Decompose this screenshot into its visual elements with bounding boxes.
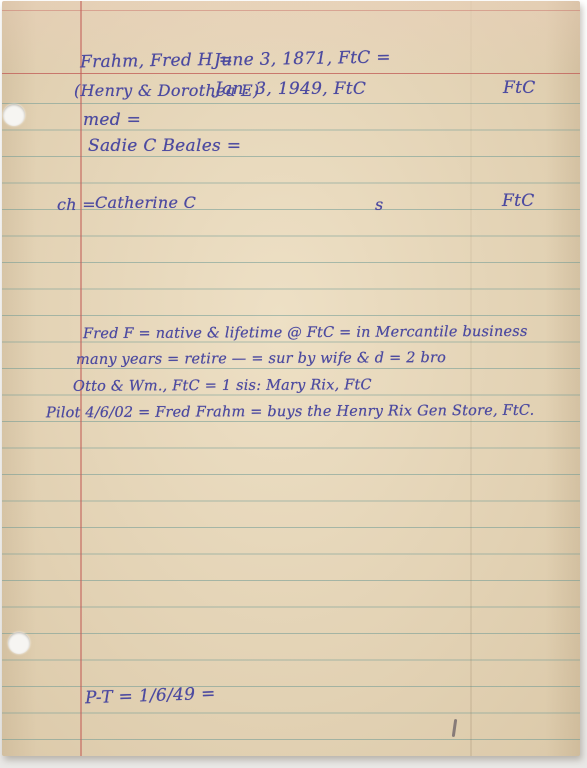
top-header-rule [2, 73, 580, 74]
child-name-text: Catherine C [95, 193, 196, 212]
footer-date-text: P-T = 1/6/49 = [85, 684, 216, 709]
notebook-paper: Frahm, Fred H = June 3, 1871, FtC = (Hen… [2, 1, 580, 756]
hole-punch-bottom [8, 632, 30, 654]
scanned-page: Frahm, Fred H = June 3, 1871, FtC = (Hen… [0, 0, 587, 768]
death-date-text: Jan. 3, 1949, FtC [215, 79, 366, 99]
note-line: Otto & Wm., FtC = 1 sis: Mary Rix, FtC [73, 377, 372, 395]
top-header-rule-faint [2, 10, 580, 11]
surname-name-text: Frahm, Fred H = [80, 50, 234, 73]
child-status-text: s [375, 195, 384, 214]
note-line: many years = retire — = sur by wife & d … [76, 350, 446, 368]
spouse-text: Sadie C Beales = [88, 136, 241, 156]
note-line: Pilot 4/6/02 = Fred Frahm = buys the Hen… [46, 403, 535, 422]
ink-smudge [452, 719, 457, 737]
hole-punch-top [3, 104, 25, 126]
birth-date-text: June 3, 1871, FtC = [214, 47, 391, 70]
paper-crease [470, 1, 472, 756]
children-label-text: ch = [57, 195, 96, 214]
note-line: Fred F = native & lifetime @ FtC = in Me… [83, 324, 528, 342]
right-code-top-text: FtC [503, 78, 536, 98]
children-code-text: FtC [502, 191, 535, 211]
med-label-text: med = [83, 110, 141, 130]
